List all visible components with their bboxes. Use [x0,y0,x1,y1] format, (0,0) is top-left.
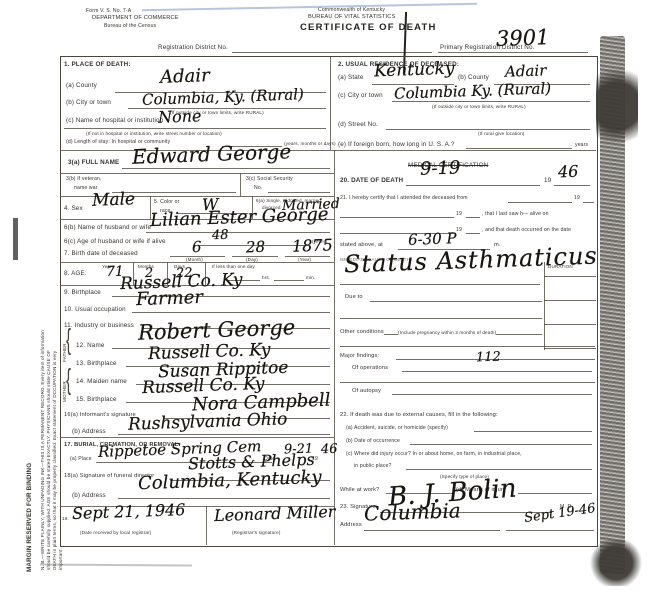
physician-address-label: Address [340,522,362,528]
birthplace-label: 9. Birthplace [64,289,101,296]
age-label: 8. AGE: [64,270,87,277]
residence-city-hint: (If outside city or town limits, write R… [432,104,526,109]
residence-county-value: Adair [505,61,547,80]
margin-note-line3: DEATH in plain terms, so that it may be … [52,351,57,570]
binding-mark [13,218,18,260]
burial-place-label: (a) Place [70,456,92,462]
ssn-label2: No. [254,185,262,191]
occupation-label: 10. Usual occupation [64,306,126,313]
registrar-item-number: 19. [62,516,69,521]
commonwealth-line: Commonwealth of Kentucky [318,7,385,13]
sex-label: 4. Sex [64,205,83,212]
registrar-date-value: Sept 21, 1946 [72,500,186,523]
spouse-age-label: 6(c) Age of husband or wife if alive [64,238,166,245]
scan-dark-blob-bottom [588,540,644,586]
place-hospital-hint: (If not in hospital or institution, writ… [86,131,222,136]
residence-county-label: (b) County [458,74,489,81]
spouse-age-value: 48 [212,228,229,244]
while-at-work-label: While at work? [340,487,379,493]
other-conditions-label: Other conditions [340,329,384,335]
place-county-label: (a) County [66,82,97,89]
informant-address-label: (b) Address [72,428,106,435]
birth-year-value: 1875 [292,235,333,255]
residence-state-value: Kentucky [374,59,455,82]
primary-district-value: 3901 [496,25,550,51]
residence-city-label: (c) City or town [338,92,383,99]
residence-foreign-label: (e) If foreign born, how long in U. S. A… [338,141,455,148]
funeral-director-address-label: (b) Address [72,492,106,499]
birth-day-sublabel: (Day) [246,257,258,262]
certify-line3-year: 19 [456,227,462,233]
residence-street-label: (d) Street No. [338,121,378,128]
birth-day-value: 28 [246,238,266,257]
duration-label: DURATION [548,264,573,269]
date-of-death-value: 9-19 [420,157,461,179]
burial-year-value: 46 [321,442,338,458]
of-operations-value: 112 [476,350,501,366]
certify-line1-year: 19 [574,195,580,201]
registrar-date-hint: (Date received by local registrar) [80,530,151,535]
external-b-label: (b) Date of occurrence [346,438,400,444]
residence-state-label: (a) State [338,74,364,81]
certify-line2: , that I last saw h— alive on [482,211,549,217]
birth-year-sublabel: (Year) [298,257,311,262]
age-hrs-label: hrs. [262,275,270,280]
scan-dark-blob-top [596,58,638,154]
census-line: Bureau of the Census [104,23,156,29]
registrar-signature-hint: (Registrar's signature) [232,530,281,535]
residence-foreign-suffix: years [575,142,588,148]
of-autopsy-label: Of autopsy [352,388,381,394]
birth-month-sublabel: (Month) [186,257,203,262]
mother-brace: { [66,364,71,396]
mother-name-label: 14. Maiden name [76,378,127,385]
major-findings-label: Major findings: [340,353,379,359]
due-to-label: Due to [345,294,363,300]
certify-line1: 21. I hereby certify that I attended the… [340,195,468,201]
external-causes-title: 22. If death was due to external causes,… [340,412,498,418]
certify-line4-label: stated above, at [340,242,383,248]
external-a-label: (a) Accident, suicide, or homicide (spec… [346,425,448,431]
margin-note-line4: important. [58,548,63,570]
informant-label: 16(a) Informant's signature [64,412,136,418]
place-stay-hint: (years, months or days) [284,141,336,146]
form-number: Form V. S. No. 7-A [86,8,131,14]
certify-line2-year: 19 [456,211,462,217]
date-of-death-year-prefix: 19 [544,177,551,184]
external-c-label-line1: (c) Where did injury occur? In or about … [346,451,522,457]
physician-address-value: Columbia [364,498,461,525]
place-hospital-label: (c) Name of hospital or institution [66,117,163,124]
place-city-label: (b) City or town [66,99,111,106]
full-name-label: 3(a) FULL NAME [68,159,119,166]
other-conditions-hint: (Include pregnancy within 3 months of de… [398,330,496,335]
ssn-label: 3(c) Social Security [246,176,293,182]
scan-blue-line-artifact [142,3,477,11]
place-hospital-value: None [158,106,202,127]
age-less-header: If less than one day [212,264,255,269]
mother-birthplace-label: 15. Birthplace [76,396,117,403]
department-line: DEPARTMENT OF COMMERCE [92,15,179,21]
of-operations-label: Of operations [352,365,388,371]
registration-district-label: Registration District No. [158,44,228,51]
color-label: 5. Color or [154,199,179,205]
certificate-title: CERTIFICATE OF DEATH [300,22,437,33]
certify-line3: , and that death occurred on the date [482,227,571,233]
external-c-label-line2: in public place? [354,463,392,469]
father-name-label: 12. Name [76,342,105,349]
margin-note-line2: should be carefully supplied. AGE should… [46,350,51,570]
birth-month-value: 6 [192,238,202,256]
date-of-death-year-value: 46 [558,162,579,182]
age-min-label: min. [306,275,315,280]
margin-binding-text: MARGIN RESERVED FOR BINDING [26,463,33,572]
place-of-death-title: 1. PLACE OF DEATH: [64,61,131,68]
veteran-label: 3(b) If veteran, [66,176,102,182]
father-birthplace-label: 13. Birthplace [76,360,117,367]
birth-date-label: 7. Birth date of deceased [64,250,138,257]
sex-value: Male [92,189,136,210]
father-brace: { [66,324,71,356]
place-county-value: Adair [160,65,210,88]
scanned-death-certificate-page: { "margin": { "binding": "MARGIN RESERVE… [0,0,651,613]
bureau-line: BUREAU OF VITAL STATISTICS [308,14,395,20]
industry-label: 11. Industry or business [64,322,134,329]
occupation-value: Farmer [136,287,204,310]
margin-note-line1: N. B.—WRITE PLAINLY, WITH UNFADING INK—T… [40,330,45,570]
residence-street-hint: (If rural give location) [478,131,525,136]
date-of-death-label: 20. DATE OF DEATH [340,177,403,184]
spouse-name-label: 6(b) Name of husband or wife [64,224,151,231]
